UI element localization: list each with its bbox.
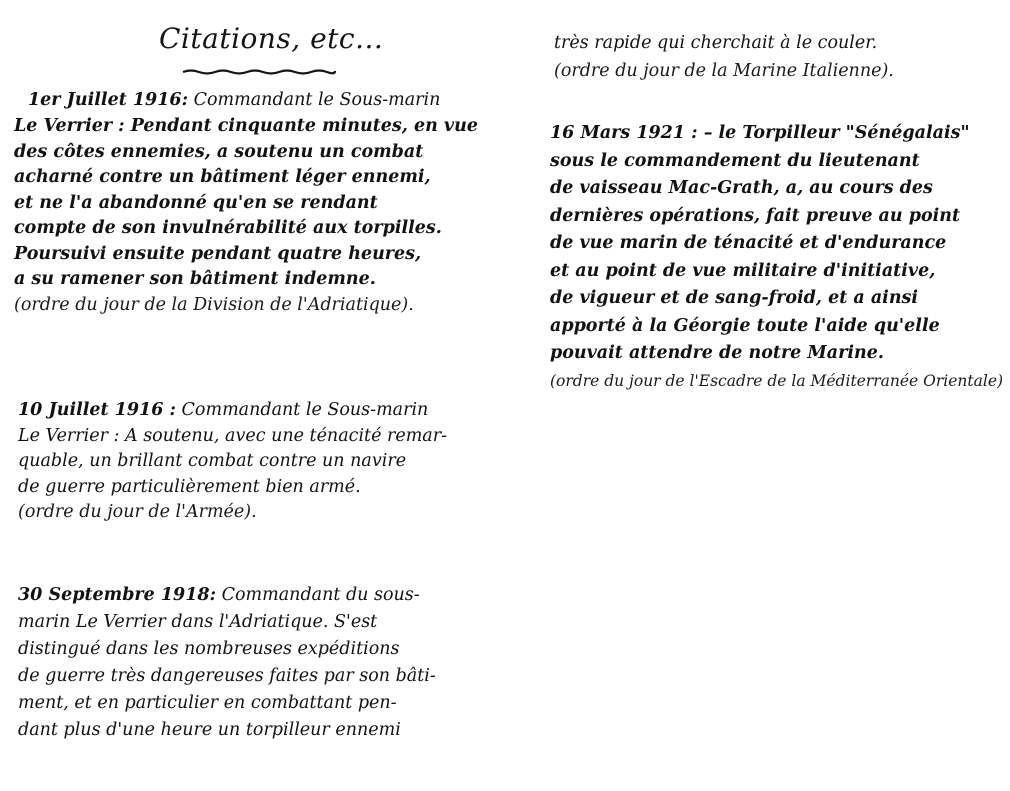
title-underline-flourish [181, 68, 337, 76]
citation-text-line: Commandant le Sous-marin [182, 400, 429, 420]
citation-text-line: et ne l'a abandonné qu'en se rendant [14, 191, 504, 217]
citation-text-line: Le Verrier : Pendant cinquante minutes, … [14, 114, 504, 140]
citation-entry-1: 1er Juillet 1916: Commandant le Sous-mar… [28, 88, 518, 114]
citation-text-line: acharné contre un bâtiment léger ennemi, [14, 165, 504, 191]
citation-text-line: de vigueur et de sang-froid, et a ainsi [550, 285, 1010, 313]
citation-text-line: distingué dans les nombreuses expédition… [18, 636, 508, 663]
citation-text-line: sous le commandement du lieutenant [550, 148, 1010, 176]
citation-entry-1-body: Le Verrier : Pendant cinquante minutes, … [14, 114, 504, 318]
citation-entry-3: 30 Septembre 1918: Commandant du sous- m… [18, 582, 508, 744]
citation-text-line: Poursuivi ensuite pendant quatre heures, [14, 242, 504, 268]
citation-date: 1er Juillet 1916: [28, 90, 188, 110]
citation-text-line: Le Verrier : A soutenu, avec une ténacit… [18, 424, 508, 450]
citation-text-line: dernières opérations, fait preuve au poi… [550, 203, 1010, 231]
citation-source: (ordre du jour de la Division de l'Adria… [14, 293, 504, 319]
citation-text-line: de guerre particulièrement bien armé. [18, 475, 508, 501]
citation-text-line: a su ramener son bâtiment indemne. [14, 267, 504, 293]
citation-text-line: – le Torpilleur "Sénégalais" [704, 123, 970, 143]
continuation-block: très rapide qui cherchait à le couler. (… [554, 30, 1010, 85]
citation-source: (ordre du jour de l'Escadre de la Médite… [550, 368, 1010, 396]
citation-text-line: ment, et en particulier en combattant pe… [18, 690, 508, 717]
citation-text-line: et au point de vue militaire d'initiativ… [550, 258, 1010, 286]
citation-text-line: des côtes ennemies, a soutenu un combat [14, 140, 504, 166]
handwritten-page: Citations, etc... 1er Juillet 1916: Comm… [0, 0, 1010, 791]
citation-text-line: compte de son invulnérabilité aux torpil… [14, 216, 504, 242]
citation-date: 30 Septembre 1918: [18, 585, 216, 605]
citation-text-line: dant plus d'une heure un torpilleur enne… [18, 717, 508, 744]
continuation-source: (ordre du jour de la Marine Italienne). [554, 58, 1010, 86]
citation-source: (ordre du jour de l'Armée). [18, 500, 508, 526]
citation-date: 16 Mars 1921 : [550, 123, 698, 143]
citation-text-line: pouvait attendre de notre Marine. [550, 340, 1010, 368]
citation-entry-4: 16 Mars 1921 : – le Torpilleur "Sénégala… [550, 120, 1010, 395]
citation-text-line: de vue marin de ténacité et d'endurance [550, 230, 1010, 258]
citation-text-line: de guerre très dangereuses faites par so… [18, 663, 508, 690]
citation-text-line: marin Le Verrier dans l'Adriatique. S'es… [18, 609, 508, 636]
citation-date: 10 Juillet 1916 : [18, 400, 176, 420]
citation-text-line: quable, un brillant combat contre un nav… [18, 449, 508, 475]
citation-entry-2: 10 Juillet 1916 : Commandant le Sous-mar… [18, 398, 508, 526]
page-title: Citations, etc... [159, 22, 383, 55]
citation-text-line: Commandant du sous- [222, 585, 420, 605]
citation-text-line: apporté à la Géorgie toute l'aide qu'ell… [550, 313, 1010, 341]
citation-text-line: de vaisseau Mac-Grath, a, au cours des [550, 175, 1010, 203]
continuation-text-line: très rapide qui cherchait à le couler. [554, 30, 1010, 58]
citation-text-line: Commandant le Sous-marin [194, 90, 441, 110]
